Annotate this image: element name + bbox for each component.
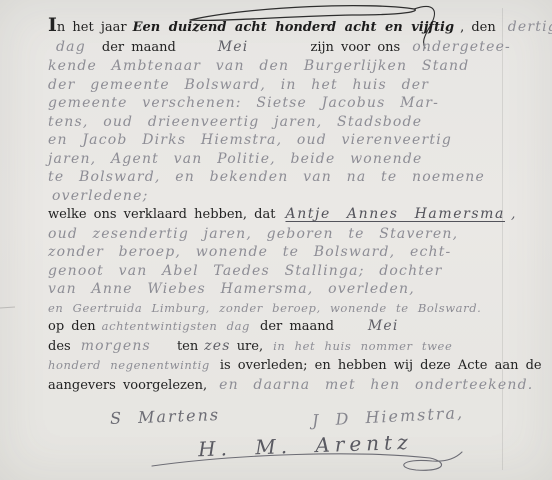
handwritten-text: tens, oud drieenveertig jaren, Stadsbode bbox=[48, 113, 422, 132]
record-body: In het jaar Een duizend acht honderd ach… bbox=[48, 16, 500, 456]
document-line-closing: aangevers voorgelezen, en daarna met hen… bbox=[48, 376, 500, 396]
document-line-month: dag der maand Mei zijn voor ons onderget… bbox=[48, 38, 500, 58]
printed-text: des bbox=[48, 338, 71, 357]
document-line: gemeente verschenen: Sietse Jacobus Mar- bbox=[48, 94, 500, 113]
handwritten-text: der gemeente Bolsward, in het huis der bbox=[48, 76, 429, 95]
printed-text: der maand bbox=[102, 39, 176, 58]
handwritten-text: jaren, Agent van Politie, beide wonende bbox=[48, 150, 422, 169]
handwritten-text: , bbox=[511, 205, 517, 224]
printed-text: zijn voor ons bbox=[310, 39, 400, 58]
document-line-declaration: welke ons verklaard hebben, dat Antje An… bbox=[48, 205, 500, 225]
signature-hiemstra: J D Hiemstra, bbox=[312, 403, 465, 430]
handwritten-spouse: genoot van Abel Taedes Stallinga; dochte… bbox=[48, 262, 443, 281]
paper: In het jaar Een duizend acht honderd ach… bbox=[0, 0, 552, 480]
printed-text: op den bbox=[48, 318, 96, 337]
document-line-death-time: des morgens ten zes ure, in het huis nom… bbox=[48, 337, 500, 357]
handwritten-mother: en Geertruida Limburg, zonder beroep, wo… bbox=[48, 299, 481, 318]
document-line: der gemeente Bolsward, in het huis der bbox=[48, 76, 500, 95]
printed-text: In het jaar bbox=[48, 16, 127, 38]
right-margin-rule bbox=[502, 8, 503, 470]
document-line: genoot van Abel Taedes Stallinga; dochte… bbox=[48, 262, 500, 281]
printed-text: ten bbox=[177, 338, 198, 357]
document-line: jaren, Agent van Politie, beide wonende bbox=[48, 150, 500, 169]
handwritten-text: oud zesendertig jaren, geboren te Staver… bbox=[48, 225, 458, 244]
signature-martens: S Martens bbox=[110, 405, 221, 428]
handwritten-day: dertigsten bbox=[508, 18, 552, 37]
document-line: te Bolsward, en bekenden van na te noeme… bbox=[48, 168, 500, 187]
handwritten-declarant1: gemeente verschenen: Sietse Jacobus Mar- bbox=[48, 94, 439, 113]
handwritten-text: zonder beroep, wonende te Bolsward, echt… bbox=[48, 243, 451, 262]
printed-text: der maand bbox=[260, 318, 334, 337]
document-line: kende Ambtenaar van den Burgerlijken Sta… bbox=[48, 57, 500, 76]
document-line: zonder beroep, wonende te Bolsward, echt… bbox=[48, 243, 500, 262]
printed-text: aangevers voorgelezen, bbox=[48, 377, 207, 396]
handwritten-death-month: Mei bbox=[368, 317, 399, 336]
document-line-death-date: op den achtentwintigsten dag der maand M… bbox=[48, 317, 500, 337]
document-line: en Jacob Dirks Hiemstra, oud vierenveert… bbox=[48, 131, 500, 150]
document-line-year: In het jaar Een duizend acht honderd ach… bbox=[48, 16, 500, 38]
witness-signatures: S Martens J D Hiemstra, bbox=[110, 407, 500, 426]
document-line: van Anne Wiebes Hamersma, overleden, bbox=[48, 280, 500, 299]
handwritten-hour: zes bbox=[204, 337, 230, 356]
handwritten-text: dag bbox=[56, 38, 86, 57]
deceased-name: Antje Annes Hamersma bbox=[285, 205, 505, 224]
document-line: en Geertruida Limburg, zonder beroep, wo… bbox=[48, 299, 500, 318]
document-line: tens, oud drieenveertig jaren, Stadsbode bbox=[48, 113, 500, 132]
printed-text: , den bbox=[460, 19, 496, 38]
printed-year-words: Een duizend acht honderd acht en vijftig bbox=[133, 19, 454, 38]
document-line: honderd negenentwintig is overleden; en … bbox=[48, 356, 500, 376]
handwritten-declarant2: en Jacob Dirks Hiemstra, oud vierenveert… bbox=[48, 131, 452, 150]
handwritten-text: overledene; bbox=[52, 187, 149, 206]
handwritten-text: te Bolsward, en bekenden van na te noeme… bbox=[48, 168, 485, 187]
handwritten-text: kende Ambtenaar van den Burgerlijken Sta… bbox=[48, 57, 469, 76]
handwritten-house: in het huis nommer twee bbox=[273, 337, 452, 356]
handwritten-death-day: achtentwintigsten dag bbox=[102, 317, 250, 336]
document-line: oud zesendertig jaren, geboren te Staver… bbox=[48, 225, 500, 244]
signature-ink-flourish bbox=[148, 448, 468, 476]
printed-text: welke ons verklaard hebben, dat bbox=[48, 206, 275, 225]
handwritten-month: Mei bbox=[218, 38, 249, 57]
handwritten-text: en daarna met hen onderteekend. bbox=[219, 376, 533, 395]
handwritten-house-number: honderd negenentwintig bbox=[48, 356, 210, 375]
handwritten-text: ondergetee- bbox=[412, 38, 511, 57]
handwritten-text: morgens bbox=[81, 337, 151, 356]
document-line: overledene; bbox=[48, 187, 500, 206]
handwritten-father: van Anne Wiebes Hamersma, overleden, bbox=[48, 280, 415, 299]
printed-text: is overleden; en hebben wij deze Acte aa… bbox=[220, 357, 542, 376]
stray-ink-dash bbox=[0, 306, 15, 308]
printed-text: ure, bbox=[237, 338, 263, 357]
